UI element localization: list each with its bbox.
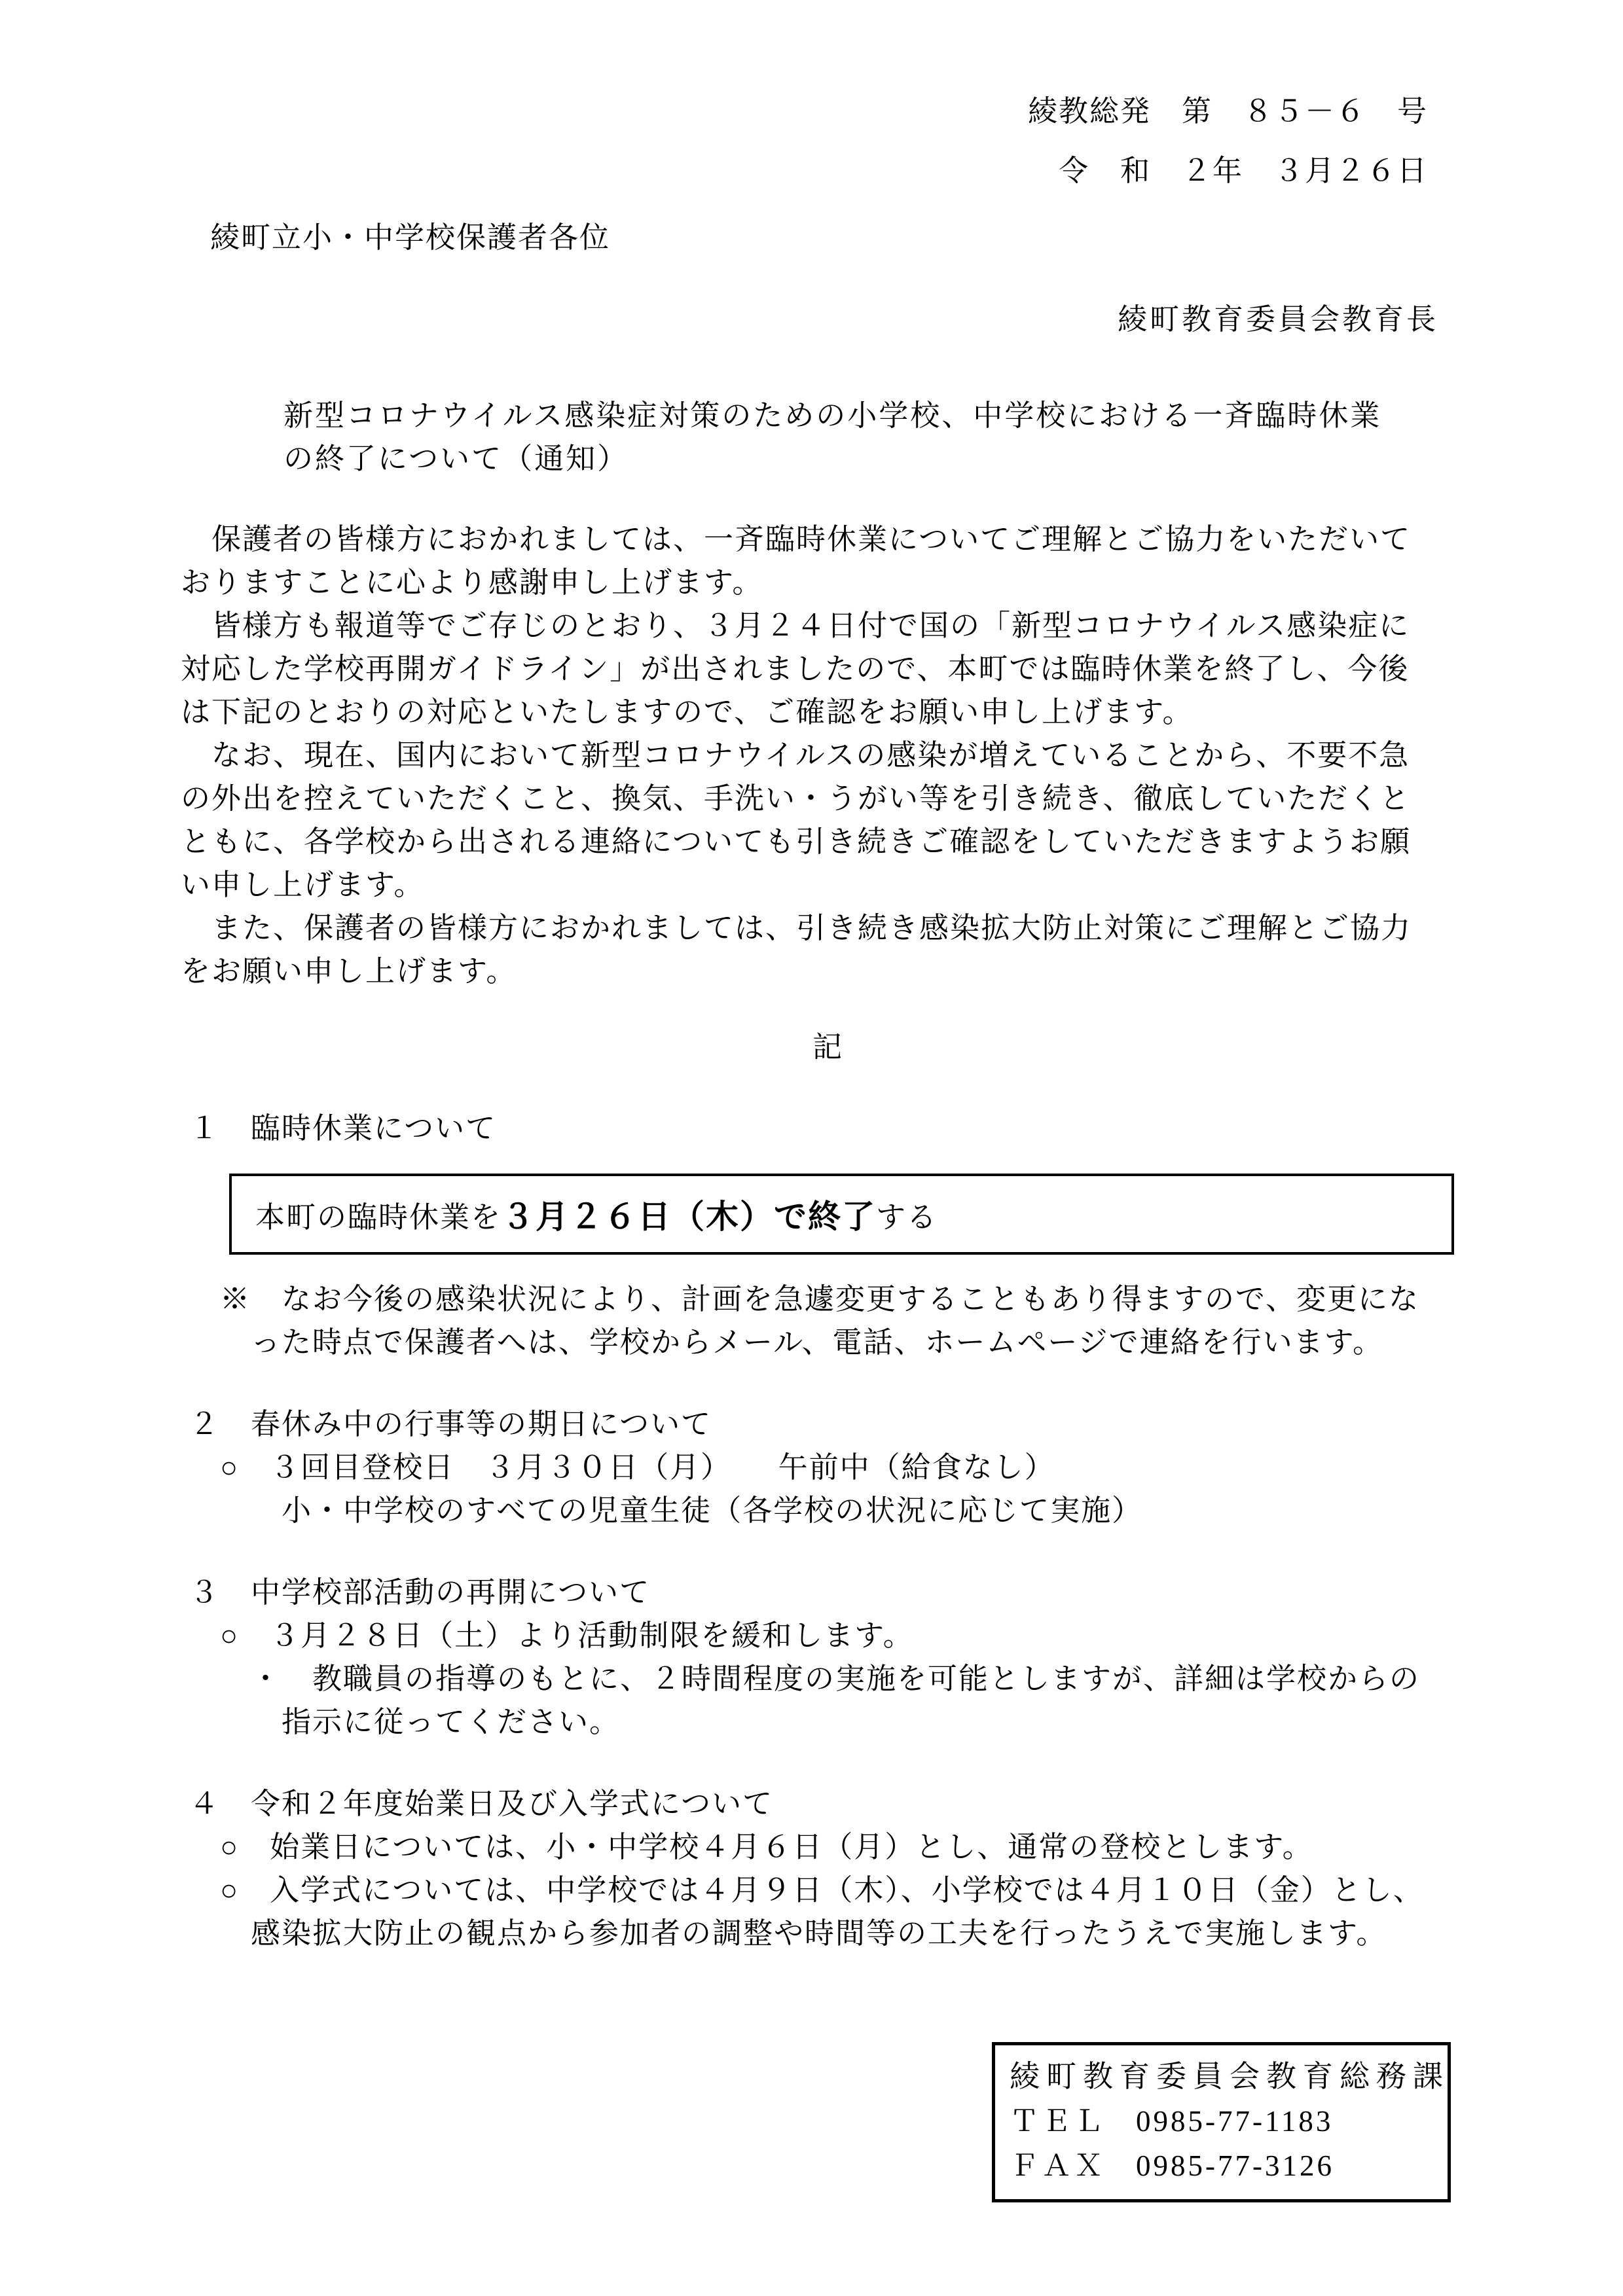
section-2-item: 小・中学校のすべての児童生徒（各学校の状況に応じて実施） bbox=[189, 1489, 1475, 1532]
document-page: 綾教総発 第 ８５－６ 号 令 和 ２年 ３月２６日 綾町立小・中学校保護者各位… bbox=[0, 0, 1623, 2296]
section-2-item: ○ ３回目登校日 ３月３０日（月） 午前中（給食なし） bbox=[189, 1446, 1475, 1489]
body-line: 皆様方も報道等でご存じのとおり、３月２４日付で国の「新型コロナウイルス感染症に bbox=[181, 604, 1475, 647]
section-2-heading: ２ 春休み中の行事等の期日について bbox=[189, 1403, 1475, 1446]
tel-number: 0985-77-1183 bbox=[1136, 2105, 1333, 2138]
section-4-item: ○ 入学式については、中学校では４月９日（木）、小学校では４月１０日（金）とし、 bbox=[189, 1869, 1475, 1912]
body-line: ともに、各学校から出される連絡についても引き続きご確認をしていただきますようお願 bbox=[181, 820, 1475, 863]
addressee: 綾町立小・中学校保護者各位 bbox=[181, 216, 1475, 259]
section-2: ２ 春休み中の行事等の期日について ○ ３回目登校日 ３月３０日（月） 午前中（… bbox=[181, 1403, 1475, 1532]
section-3-heading: ３ 中学校部活動の再開について bbox=[189, 1571, 1475, 1614]
subject-block: 新型コロナウイルス感染症対策のための小学校、中学校における一斉臨時休業 の終了に… bbox=[181, 394, 1475, 480]
box-text-pre: 本町の臨時休業を bbox=[255, 1193, 501, 1236]
section-3: ３ 中学校部活動の再開について ○ ３月２８日（土）より活動制限を緩和します。 … bbox=[181, 1571, 1475, 1744]
section-3-item: ○ ３月２８日（土）より活動制限を緩和します。 bbox=[189, 1614, 1475, 1657]
note-line-2: った時点で保護者へは、学校からメール、電話、ホームページで連絡を行います。 bbox=[189, 1321, 1475, 1364]
section-3-item: ・ 教職員の指導のもとに、２時間程度の実施を可能としますが、詳細は学校からの bbox=[189, 1657, 1475, 1700]
body-line: い申し上げます。 bbox=[181, 863, 1475, 906]
closure-end-box: 本町の臨時休業を３月２６日（木）で終了する bbox=[229, 1174, 1454, 1255]
subject-line-2: の終了について（通知） bbox=[283, 437, 1475, 480]
ki-marker: 記 bbox=[181, 1026, 1475, 1069]
body-line: また、保護者の皆様方におかれましては、引き続き感染拡大防止対策にご理解とご協力 bbox=[181, 906, 1475, 950]
contact-department: 綾町教育委員会教育総務課 bbox=[1010, 2054, 1448, 2099]
ref-number: 綾教総発 第 ８５－６ 号 bbox=[181, 90, 1428, 133]
body-line: 対応した学校再開ガイドライン」が出されましたので、本町では臨時休業を終了し、今後 bbox=[181, 647, 1475, 691]
box-text-post: する bbox=[876, 1193, 938, 1236]
section-1-heading: １ 臨時休業について bbox=[189, 1107, 1475, 1150]
section-3-item: 指示に従ってください。 bbox=[189, 1700, 1475, 1744]
section-4-item: ○ 始業日については、小・中学校４月６日（月）とし、通常の登校とします。 bbox=[189, 1825, 1475, 1869]
box-text-bold: ３月２６日（木）で終了 bbox=[501, 1191, 876, 1238]
fax-label: ＦＡＸ bbox=[1010, 2149, 1106, 2182]
contact-box: 綾町教育委員会教育総務課 ＴＥＬ0985-77-1183 ＦＡＸ0985-77-… bbox=[992, 2042, 1451, 2202]
fax-number: 0985-77-3126 bbox=[1136, 2149, 1334, 2182]
note-line-1: ※ なお今後の感染状況により、計画を急遽変更することもあり得ますので、変更にな bbox=[189, 1278, 1475, 1321]
body-line: 保護者の皆様方におかれましては、一斉臨時休業についてご理解とご協力をいただいて bbox=[181, 518, 1475, 561]
body-line: の外出を控えていただくこと、換気、手洗い・うがい等を引き続き、徹底していただくと bbox=[181, 777, 1475, 820]
section-4-item: 感染拡大防止の観点から参加者の調整や時間等の工夫を行ったうえで実施します。 bbox=[189, 1912, 1475, 1955]
body-line: なお、現在、国内において新型コロナウイルスの感染が増えていることから、不要不急 bbox=[181, 734, 1475, 777]
section-4-heading: ４ 令和２年度始業日及び入学式について bbox=[189, 1782, 1475, 1825]
sender: 綾町教育委員会教育長 bbox=[181, 298, 1438, 341]
body-line: をお願い申し上げます。 bbox=[181, 950, 1475, 993]
body-line: は下記のとおりの対応といたしますので、ご確認をお願い申し上げます。 bbox=[181, 691, 1475, 734]
body-line: おりますことに心より感謝申し上げます。 bbox=[181, 561, 1475, 604]
section-1: １ 臨時休業について 本町の臨時休業を３月２６日（木）で終了する ※ なお今後の… bbox=[181, 1107, 1475, 1364]
subject-line-1: 新型コロナウイルス感染症対策のための小学校、中学校における一斉臨時休業 bbox=[283, 394, 1475, 437]
contact-tel: ＴＥＬ0985-77-1183 bbox=[1010, 2099, 1448, 2144]
body-paragraphs: 保護者の皆様方におかれましては、一斉臨時休業についてご理解とご協力をいただいて … bbox=[181, 518, 1475, 993]
contact-fax: ＦＡＸ0985-77-3126 bbox=[1010, 2144, 1448, 2188]
section-4: ４ 令和２年度始業日及び入学式について ○ 始業日については、小・中学校４月６日… bbox=[181, 1782, 1475, 1955]
tel-label: ＴＥＬ bbox=[1010, 2105, 1106, 2138]
issue-date: 令 和 ２年 ３月２６日 bbox=[181, 149, 1428, 192]
